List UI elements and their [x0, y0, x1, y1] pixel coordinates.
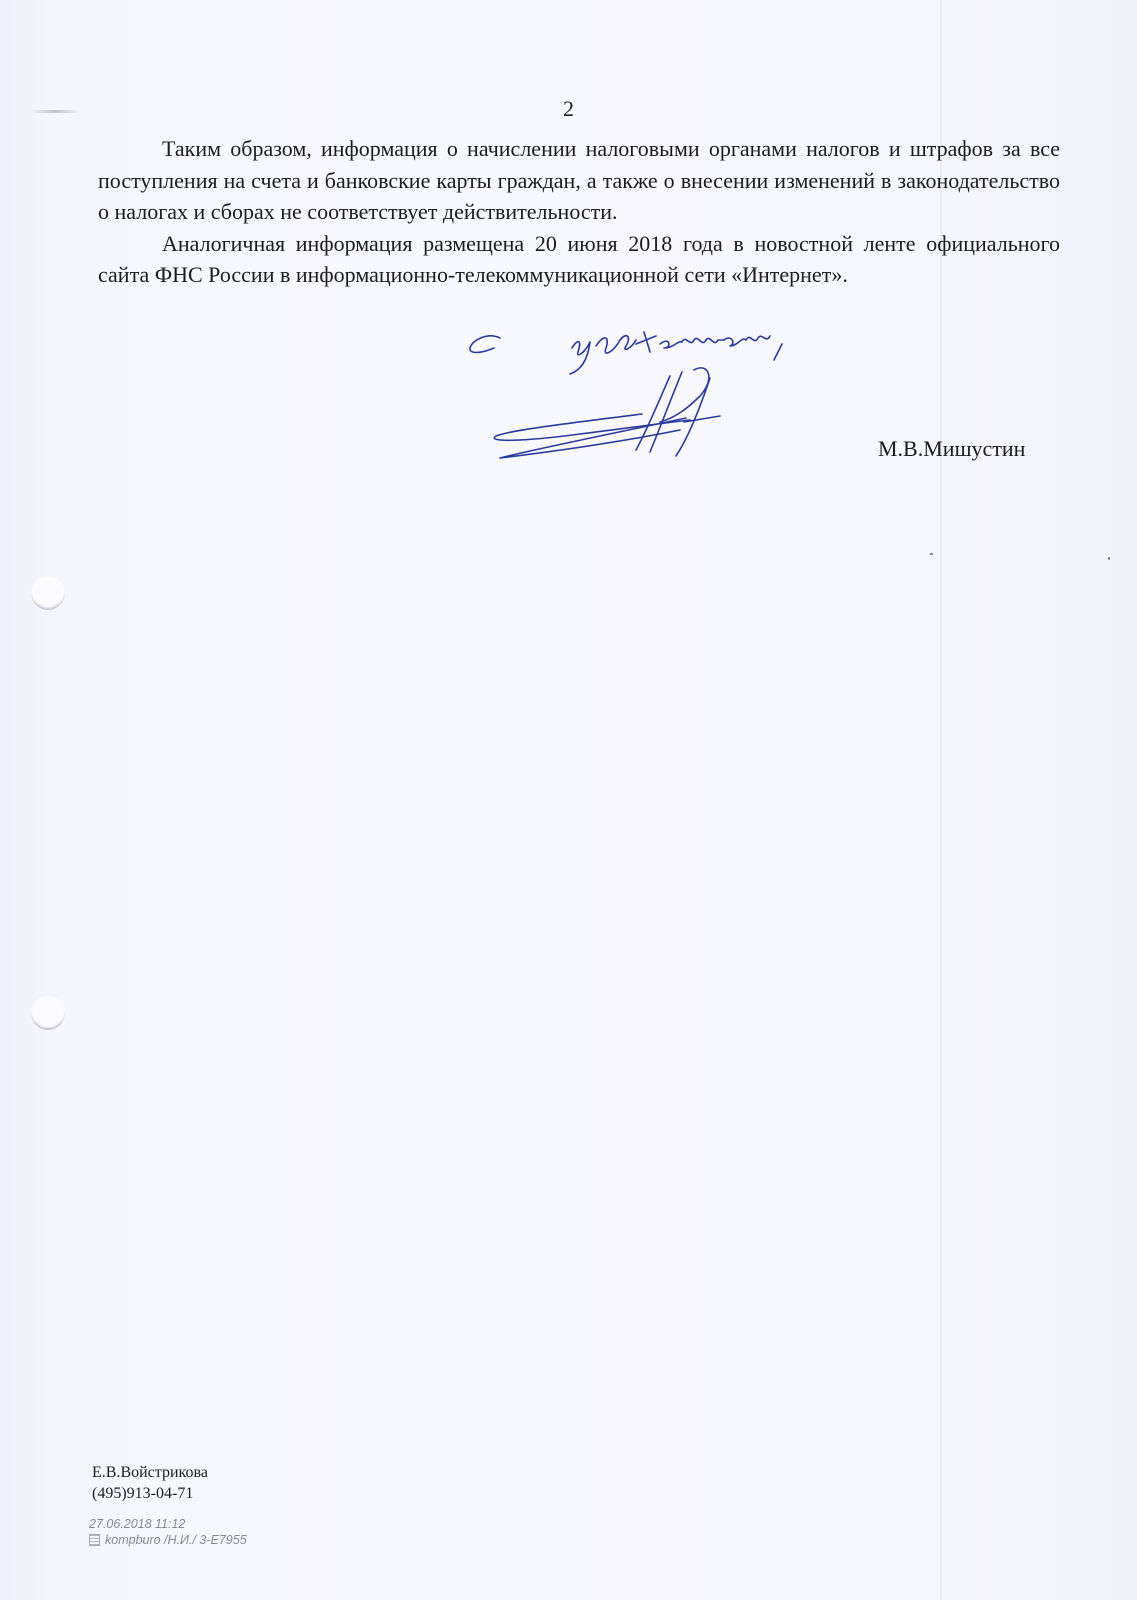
page-number: 2	[0, 96, 1137, 122]
scan-speck	[930, 553, 933, 555]
signature-icon: С уважением,	[460, 318, 940, 468]
signatory-name: М.В.Мишустин	[878, 436, 1025, 462]
executor-name: Е.В.Войстрикова	[92, 1462, 208, 1483]
punch-hole-bottom	[31, 996, 65, 1030]
letter-body: Таким образом, информация о начислении н…	[98, 133, 1060, 291]
scanned-page: 2 Таким образом, информация о начислении…	[0, 0, 1137, 1600]
file-info-line: kompburo /Н.И./ 3-Е7955	[89, 1532, 247, 1548]
scan-speck	[1108, 557, 1110, 560]
paragraph-conclusion: Таким образом, информация о начислении н…	[98, 133, 1060, 228]
file-info: kompburo /Н.И./ 3-Е7955	[105, 1532, 247, 1548]
print-datetime: 27.06.2018 11:12	[89, 1516, 247, 1532]
punch-hole-top	[31, 576, 65, 610]
executor-phone: (495)913-04-71	[92, 1483, 208, 1504]
handwritten-salutation-and-signature: С уважением,	[460, 318, 940, 468]
document-icon	[89, 1534, 100, 1546]
paragraph-reference: Аналогичная информация размещена 20 июня…	[98, 228, 1060, 291]
print-metadata: 27.06.2018 11:12 kompburo /Н.И./ 3-Е7955	[89, 1516, 247, 1548]
executor-block: Е.В.Войстрикова (495)913-04-71	[92, 1462, 208, 1504]
